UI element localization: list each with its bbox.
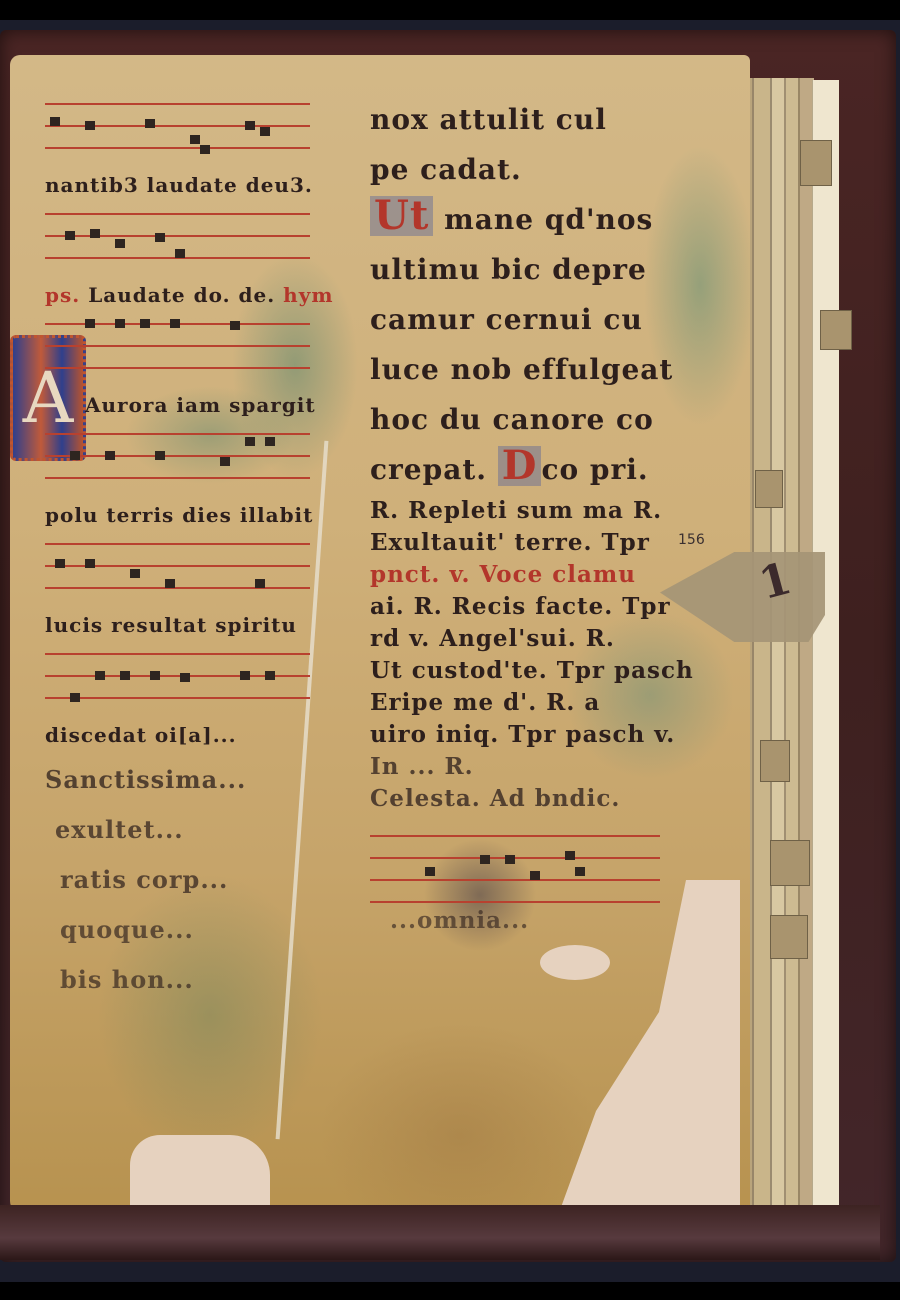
right-column: nox attulit cul pe cadat. Ut mane qd'nos… — [370, 95, 660, 937]
decorated-initial: D — [498, 446, 542, 486]
page-tab — [770, 840, 810, 886]
page-tab — [755, 470, 783, 508]
left-column: nantib3 laudate deu3. ps. ps. Laudate do… — [45, 95, 310, 1005]
music-staff — [45, 645, 310, 715]
text-line: hoc du canore co — [370, 395, 660, 445]
text-line: crepat. Dco pri. — [370, 445, 660, 495]
text-line: exultet... — [45, 805, 310, 855]
decorated-initial: Ut — [370, 196, 433, 236]
music-staff — [45, 95, 310, 165]
music-staff — [45, 535, 310, 605]
text-line: ps. ps. Laudate do. de. hym Laudate do. … — [45, 275, 310, 315]
text-line: nantib3 laudate deu3. — [45, 165, 310, 205]
text-line-content: crepat. — [370, 453, 498, 486]
text-line: Aurora iam spargit — [45, 385, 310, 425]
text-line: Sanctissima... — [45, 755, 310, 805]
text-line: discedat oi[a]... — [45, 715, 310, 755]
text-line-content: Laudate do. de. — [88, 283, 275, 307]
text-line: lucis resultat spiritu — [45, 605, 310, 645]
text-line-content: mane qd'nos — [433, 203, 653, 236]
text-line: uiro iniq. Tpr pasch v. — [370, 719, 660, 751]
text-line: Eripe me d'. R. a — [370, 687, 660, 719]
text-line: polu terris dies illabit — [45, 495, 310, 535]
text-line: rd v. Angel'sui. R. — [370, 623, 660, 655]
music-staff — [45, 315, 310, 385]
text-line: ratis corp... — [45, 855, 310, 905]
text-line: nox attulit cul — [370, 95, 660, 145]
text-line: Celesta. Ad bndic. — [370, 783, 660, 815]
text-line: R. Repleti sum ma R. — [370, 495, 660, 527]
leather-binding-edge — [0, 1205, 880, 1260]
folio-number: 156 — [678, 532, 705, 548]
rubric: ps. — [45, 283, 80, 307]
text-line: Exultauit' terre. Tpr — [370, 527, 660, 559]
rubric: hym — [283, 283, 333, 307]
page-tab — [800, 140, 832, 186]
music-staff — [45, 205, 310, 275]
text-line: quoque... — [45, 905, 310, 955]
leaf-stack — [752, 78, 772, 1228]
text-line: In ... R. — [370, 751, 660, 783]
parchment-loss — [130, 1135, 270, 1215]
music-staff — [370, 815, 660, 905]
page-tab — [760, 740, 790, 782]
blank-paper-leaf — [812, 80, 839, 1220]
text-line: Ut custod'te. Tpr pasch — [370, 655, 660, 687]
parchment-hole — [540, 945, 610, 980]
page-tab — [820, 310, 852, 350]
text-line: luce nob effulgeat — [370, 345, 660, 395]
text-line: camur cernui cu — [370, 295, 660, 345]
text-line: pnct. v. Voce clamu — [370, 559, 660, 591]
text-line: ...omnia... — [370, 905, 660, 937]
text-line-content: co pri. — [541, 453, 648, 486]
music-staff — [45, 425, 310, 495]
text-line: pe cadat. — [370, 145, 660, 195]
text-line: ai. R. Recis facte. Tpr — [370, 591, 660, 623]
text-line: bis hon... — [45, 955, 310, 1005]
text-line: ultimu bic depre — [370, 245, 660, 295]
page-tab — [770, 915, 808, 959]
text-line: Ut mane qd'nos — [370, 195, 660, 245]
